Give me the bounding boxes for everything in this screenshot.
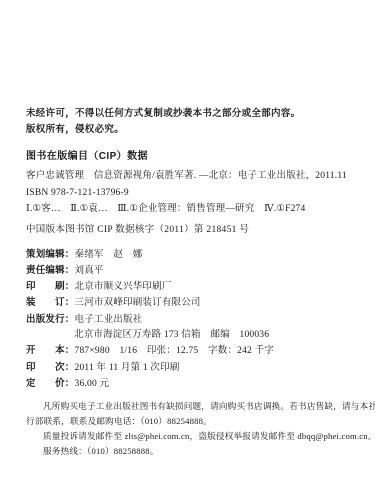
cip-data-heading: 图书在版编目（CIP）数据	[26, 147, 365, 162]
cip-classification-line: Ⅰ.①客… Ⅱ.①袁… Ⅲ.①企业管理：销售管理—研究 Ⅳ.①F274	[26, 201, 365, 218]
colophon-value: 2011 年 11 月第 1 次印刷	[75, 363, 180, 373]
colophon-value: 刘真平	[75, 266, 104, 276]
colophon-label: 开 本：	[26, 345, 75, 356]
service-hotline-line: 服务热线：（010）88258888。	[26, 444, 365, 459]
colophon-value: 秦绪军 赵 娜	[75, 250, 143, 260]
colophon-label: 策划编辑：	[26, 249, 75, 260]
format-row: 开 本：787×980 1/16 印张：12.75 字数：242 千字	[26, 343, 365, 359]
colophon-label: 装 订：	[26, 297, 75, 308]
binder-row: 装 订：三河市双峰印刷装订有限公司	[26, 295, 365, 311]
colophon-label: 印 次：	[26, 362, 75, 373]
printer-row: 印 刷：北京市顺义兴华印刷厂	[26, 279, 365, 295]
print-run-row: 印 次：2011 年 11 月第 1 次印刷	[26, 360, 365, 376]
colophon-label: 印 刷：	[26, 281, 75, 292]
colophon-value: 787×980 1/16 印张：12.75 字数：242 千字	[75, 346, 274, 356]
cip-entry-line: 客户忠诚管理 信息资源视角/袁胜军著. —北京：电子工业出版社，2011.11	[26, 168, 365, 185]
colophon-value: 北京市海淀区万寿路 173 信箱 邮编 100036	[74, 330, 269, 340]
colophon-value: 北京市顺义兴华印刷厂	[75, 282, 172, 292]
colophon-label: 出版发行：	[26, 314, 75, 325]
quality-complaint-line: 质量投诉请发邮件至 zlts@phei.com.cn，盗版侵权举报请发邮件至 d…	[26, 429, 365, 444]
colophon-value: 36.00 元	[75, 379, 110, 389]
colophon-label: 责任编辑：	[26, 265, 75, 276]
colophon-value: 三河市双峰印刷装订有限公司	[75, 298, 201, 308]
exchange-notice-line2: 行部联系，联系及邮购电话：（010）88254888。	[26, 414, 365, 429]
responsible-editor-row: 责任编辑：刘真平	[26, 263, 365, 279]
price-row: 定 价：36.00 元	[26, 376, 365, 392]
colophon-label: 定 价：	[26, 378, 75, 389]
copyright-notice-line1: 未经许可，不得以任何方式复制或抄袭本书之部分或全部内容。	[26, 106, 365, 122]
copyright-notice: 未经许可，不得以任何方式复制或抄袭本书之部分或全部内容。 版权所有，侵权必究。	[26, 106, 365, 138]
cip-record-number-line: 中国版本图书馆 CIP 数据核字（2011）第 218451 号	[26, 223, 365, 238]
colophon-value: 电子工业出版社	[75, 315, 143, 325]
cip-data-block: 客户忠诚管理 信息资源视角/袁胜军著. —北京：电子工业出版社，2011.11 …	[26, 168, 365, 218]
isbn-line: ISBN 978-7-121-13796-9	[26, 185, 365, 202]
planning-editor-row: 策划编辑：秦绪军 赵 娜	[26, 247, 365, 263]
book-copyright-page: 未经许可，不得以任何方式复制或抄袭本书之部分或全部内容。 版权所有，侵权必究。 …	[0, 0, 375, 484]
publisher-row: 出版发行：电子工业出版社	[26, 312, 365, 328]
service-notice-block: 凡所购买电子工业出版社图书有缺损问题，请向购买书店调换。若书店售缺，请与本社发 …	[26, 399, 365, 459]
publisher-address-row: 北京市海淀区万寿路 173 信箱 邮编 100036	[26, 328, 365, 343]
exchange-notice-line1: 凡所购买电子工业出版社图书有缺损问题，请向购买书店调换。若书店售缺，请与本社发	[26, 399, 365, 414]
copyright-notice-line2: 版权所有，侵权必究。	[26, 122, 365, 138]
colophon-block: 策划编辑：秦绪军 赵 娜 责任编辑：刘真平 印 刷：北京市顺义兴华印刷厂 装 订…	[26, 247, 365, 393]
